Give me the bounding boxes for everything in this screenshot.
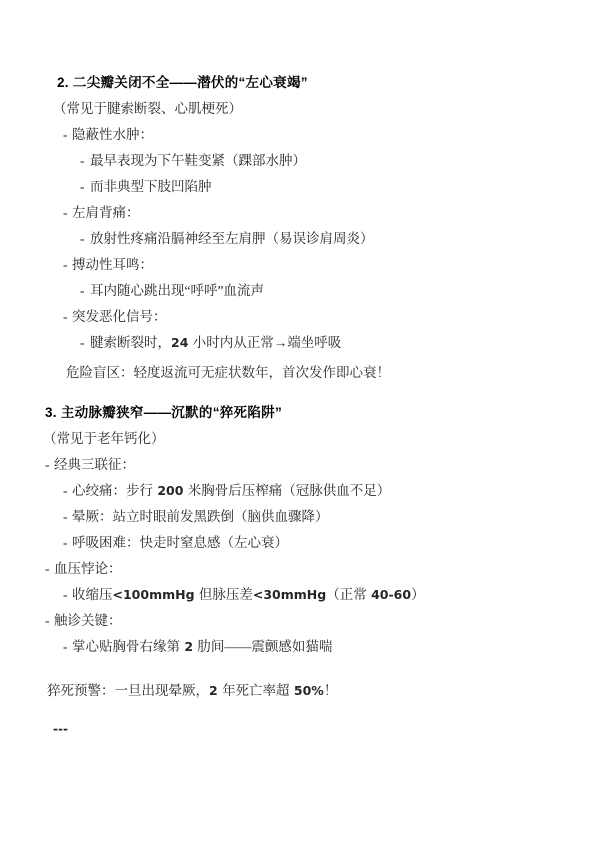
bullet-item: 放射性疼痛沿膈神经至左肩胛（易误诊肩周炎） xyxy=(57,226,595,252)
bullet-item: 耳内随心跳出现“呼呼”血流声 xyxy=(57,278,595,304)
bullet-item: 心绞痛：步行 200 米胸骨后压榨痛（冠脉供血不足） xyxy=(45,478,595,504)
bullet-item: 收缩压<100mmHg 但脉压差<30mmHg（正常 40-60） xyxy=(45,582,595,608)
bullet-item: 隐蔽性水肿： xyxy=(57,122,595,148)
bullet-item: 触诊关键： xyxy=(45,608,595,634)
section-3-heading: 3. 主动脉瓣狭窄——沉默的“猝死陷阱” xyxy=(45,400,595,426)
section-2-subtitle: （常见于腱索断裂、心肌梗死） xyxy=(53,96,595,122)
divider-dashes: --- xyxy=(53,716,595,742)
section-mitral-regurgitation: 2. 二尖瓣关闭不全——潜伏的“左心衰竭” （常见于腱索断裂、心肌梗死） 隐蔽性… xyxy=(0,70,595,386)
document-page: 2. 二尖瓣关闭不全——潜伏的“左心衰竭” （常见于腱索断裂、心肌梗死） 隐蔽性… xyxy=(0,0,595,841)
bullet-item: 突发恶化信号： xyxy=(57,304,595,330)
bullet-item: 最早表现为下午鞋变紧（踝部水肿） xyxy=(57,148,595,174)
section-3-symptom-list: 经典三联征： 心绞痛：步行 200 米胸骨后压榨痛（冠脉供血不足） 晕厥：站立时… xyxy=(45,452,595,660)
section-2-symptom-list: 隐蔽性水肿： 最早表现为下午鞋变紧（踝部水肿） 而非典型下肢凹陷肿 左肩背痛： … xyxy=(57,122,595,356)
section-3-warning-note: 猝死预警：一旦出现晕厥，2 年死亡率超 50%！ xyxy=(47,678,595,704)
bullet-item: 经典三联征： xyxy=(45,452,595,478)
bullet-item: 晕厥：站立时眼前发黑跌倒（脑供血骤降） xyxy=(45,504,595,530)
bullet-item: 左肩背痛： xyxy=(57,200,595,226)
bullet-item: 血压悖论： xyxy=(45,556,595,582)
bullet-item: 腱索断裂时，24 小时内从正常→端坐呼吸 xyxy=(57,330,595,356)
section-3-subtitle: （常见于老年钙化） xyxy=(43,426,595,452)
section-2-warning-note: 危险盲区：轻度返流可无症状数年，首次发作即心衰！ xyxy=(66,360,595,386)
bullet-item: 掌心贴胸骨右缘第 2 肋间——震颤感如猫喘 xyxy=(45,634,595,660)
section-2-heading: 2. 二尖瓣关闭不全——潜伏的“左心衰竭” xyxy=(57,70,595,96)
bullet-item: 搏动性耳鸣： xyxy=(57,252,595,278)
bullet-item: 呼吸困难：快走时窒息感（左心衰） xyxy=(45,530,595,556)
section-aortic-stenosis: 3. 主动脉瓣狭窄——沉默的“猝死陷阱” （常见于老年钙化） 经典三联征： 心绞… xyxy=(0,400,595,704)
bullet-item: 而非典型下肢凹陷肿 xyxy=(57,174,595,200)
